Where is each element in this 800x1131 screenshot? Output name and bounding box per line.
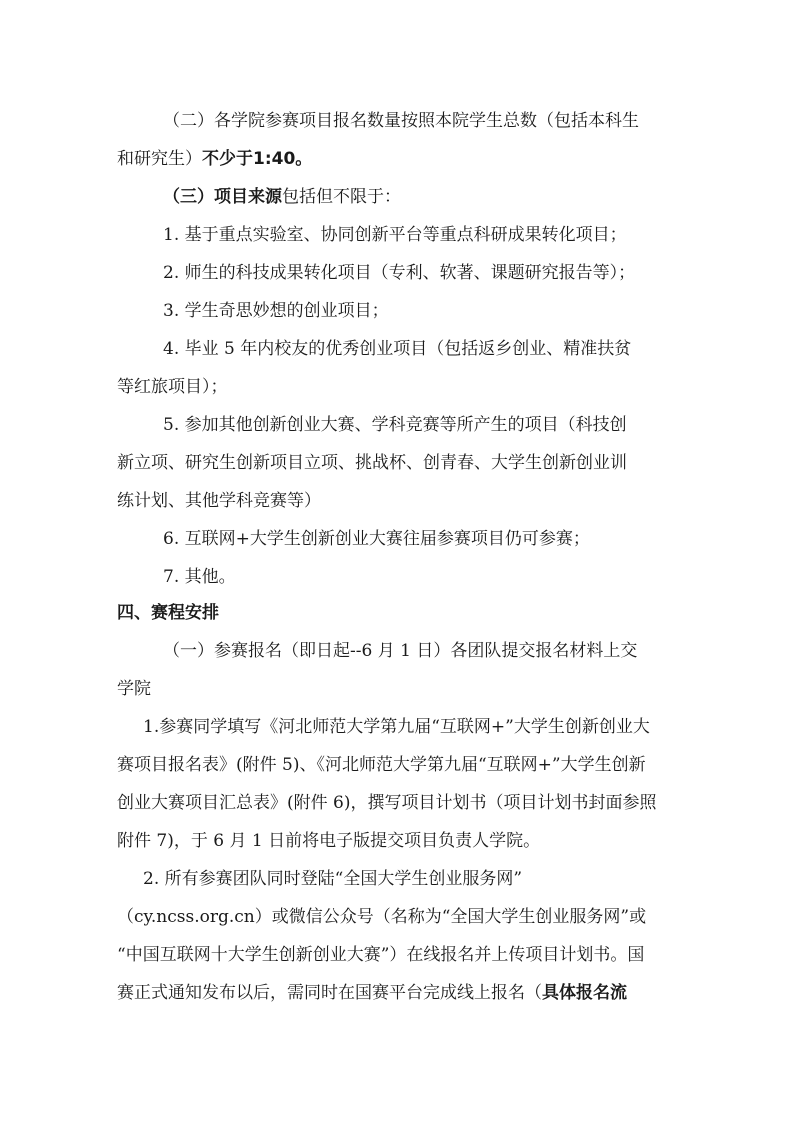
list-item: 5. 参加其他创新创业大赛、学科竞赛等所产生的项目（科技创 [163, 414, 627, 436]
list-item: 1. 基于重点实验室、协同创新平台等重点科研成果转化项目； [163, 224, 627, 246]
list-item-continued: 等红旅项目）； [117, 376, 228, 398]
para2-line: （cy.ncss.org.cn）或微信公众号（名称为“全国大学生创业服务网”或 [117, 906, 646, 928]
para1-line: 创业大赛项目汇总表》(附件 6)，撰写项目计划书（项目计划书封面参照 [117, 792, 656, 814]
list-item: 4. 毕业 5 年内校友的优秀创业项目（包括返乡创业、精准扶贫 [163, 338, 631, 360]
list-item: 3. 学生奇思妙想的创业项目； [163, 300, 389, 322]
section2-line1: （二）各学院参赛项目报名数量按照本院学生总数（包括本科生 [163, 110, 639, 132]
list-item-continued: 练计划、其他学科竞赛等） [117, 490, 321, 512]
section3-title-bold: （三）项目来源 [163, 187, 282, 207]
section4-sub1-line2: 学院 [117, 678, 151, 700]
para2-line: “中国互联网十大学生创新创业大赛”）在线报名并上传项目计划书。国 [117, 944, 644, 966]
para2-last-text: 赛正式通知发布以后，需同时在国赛平台完成线上报名（ [117, 983, 542, 1003]
section4-heading: 四、赛程安排 [117, 602, 219, 624]
section3-title-rest: 包括但不限于： [282, 187, 401, 207]
para2-line: 2. 所有参赛团队同时登陆“全国大学生创业服务网” [143, 868, 522, 890]
para1-line: 附件 7)，于 6 月 1 日前将电子版提交项目负责人学院。 [117, 830, 540, 852]
para1-line: 赛项目报名表》(附件 5)、《河北师范大学第九届“互联网+”大学生创新 [117, 754, 646, 776]
list-item: 2. 师生的科技成果转化项目（专利、软著、课题研究报告等）； [163, 262, 635, 284]
list-item: 6. 互联网+大学生创新创业大赛往届参赛项目仍可参赛； [163, 528, 590, 550]
section2-line2: 和研究生）不少于1:40。 [117, 148, 312, 170]
para2-last-bold: 具体报名流 [542, 983, 627, 1003]
section3-title: （三）项目来源包括但不限于： [163, 186, 401, 208]
section4-sub1-line1: （一）参赛报名（即日起--6 月 1 日）各团队提交报名材料上交 [163, 640, 637, 662]
section2-line2-text: 和研究生） [117, 149, 202, 169]
ratio-requirement: 不少于1:40。 [202, 149, 312, 169]
para2-line: 赛正式通知发布以后，需同时在国赛平台完成线上报名（具体报名流 [117, 982, 627, 1004]
para1-line: 1.参赛同学填写《河北师范大学第九届“互联网+”大学生创新创业大 [143, 716, 650, 738]
list-item-continued: 新立项、研究生创新项目立项、挑战杯、创青春、大学生创新创业训 [117, 452, 627, 474]
list-item: 7. 其他。 [163, 566, 236, 588]
